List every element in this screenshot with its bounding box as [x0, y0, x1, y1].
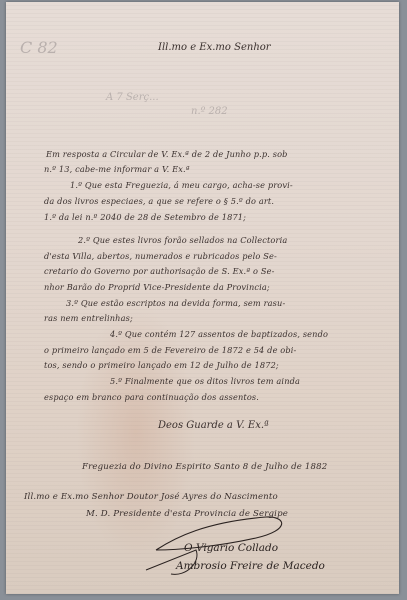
signature-flourish — [6, 2, 399, 594]
signature-title: O Vigario Collado — [184, 542, 278, 554]
manuscript-page: C 82 A 7 Serç... n.º 282 Ill.mo e Ex.mo … — [6, 2, 399, 594]
signature-name: Ambrosio Freire de Macedo — [176, 560, 325, 572]
